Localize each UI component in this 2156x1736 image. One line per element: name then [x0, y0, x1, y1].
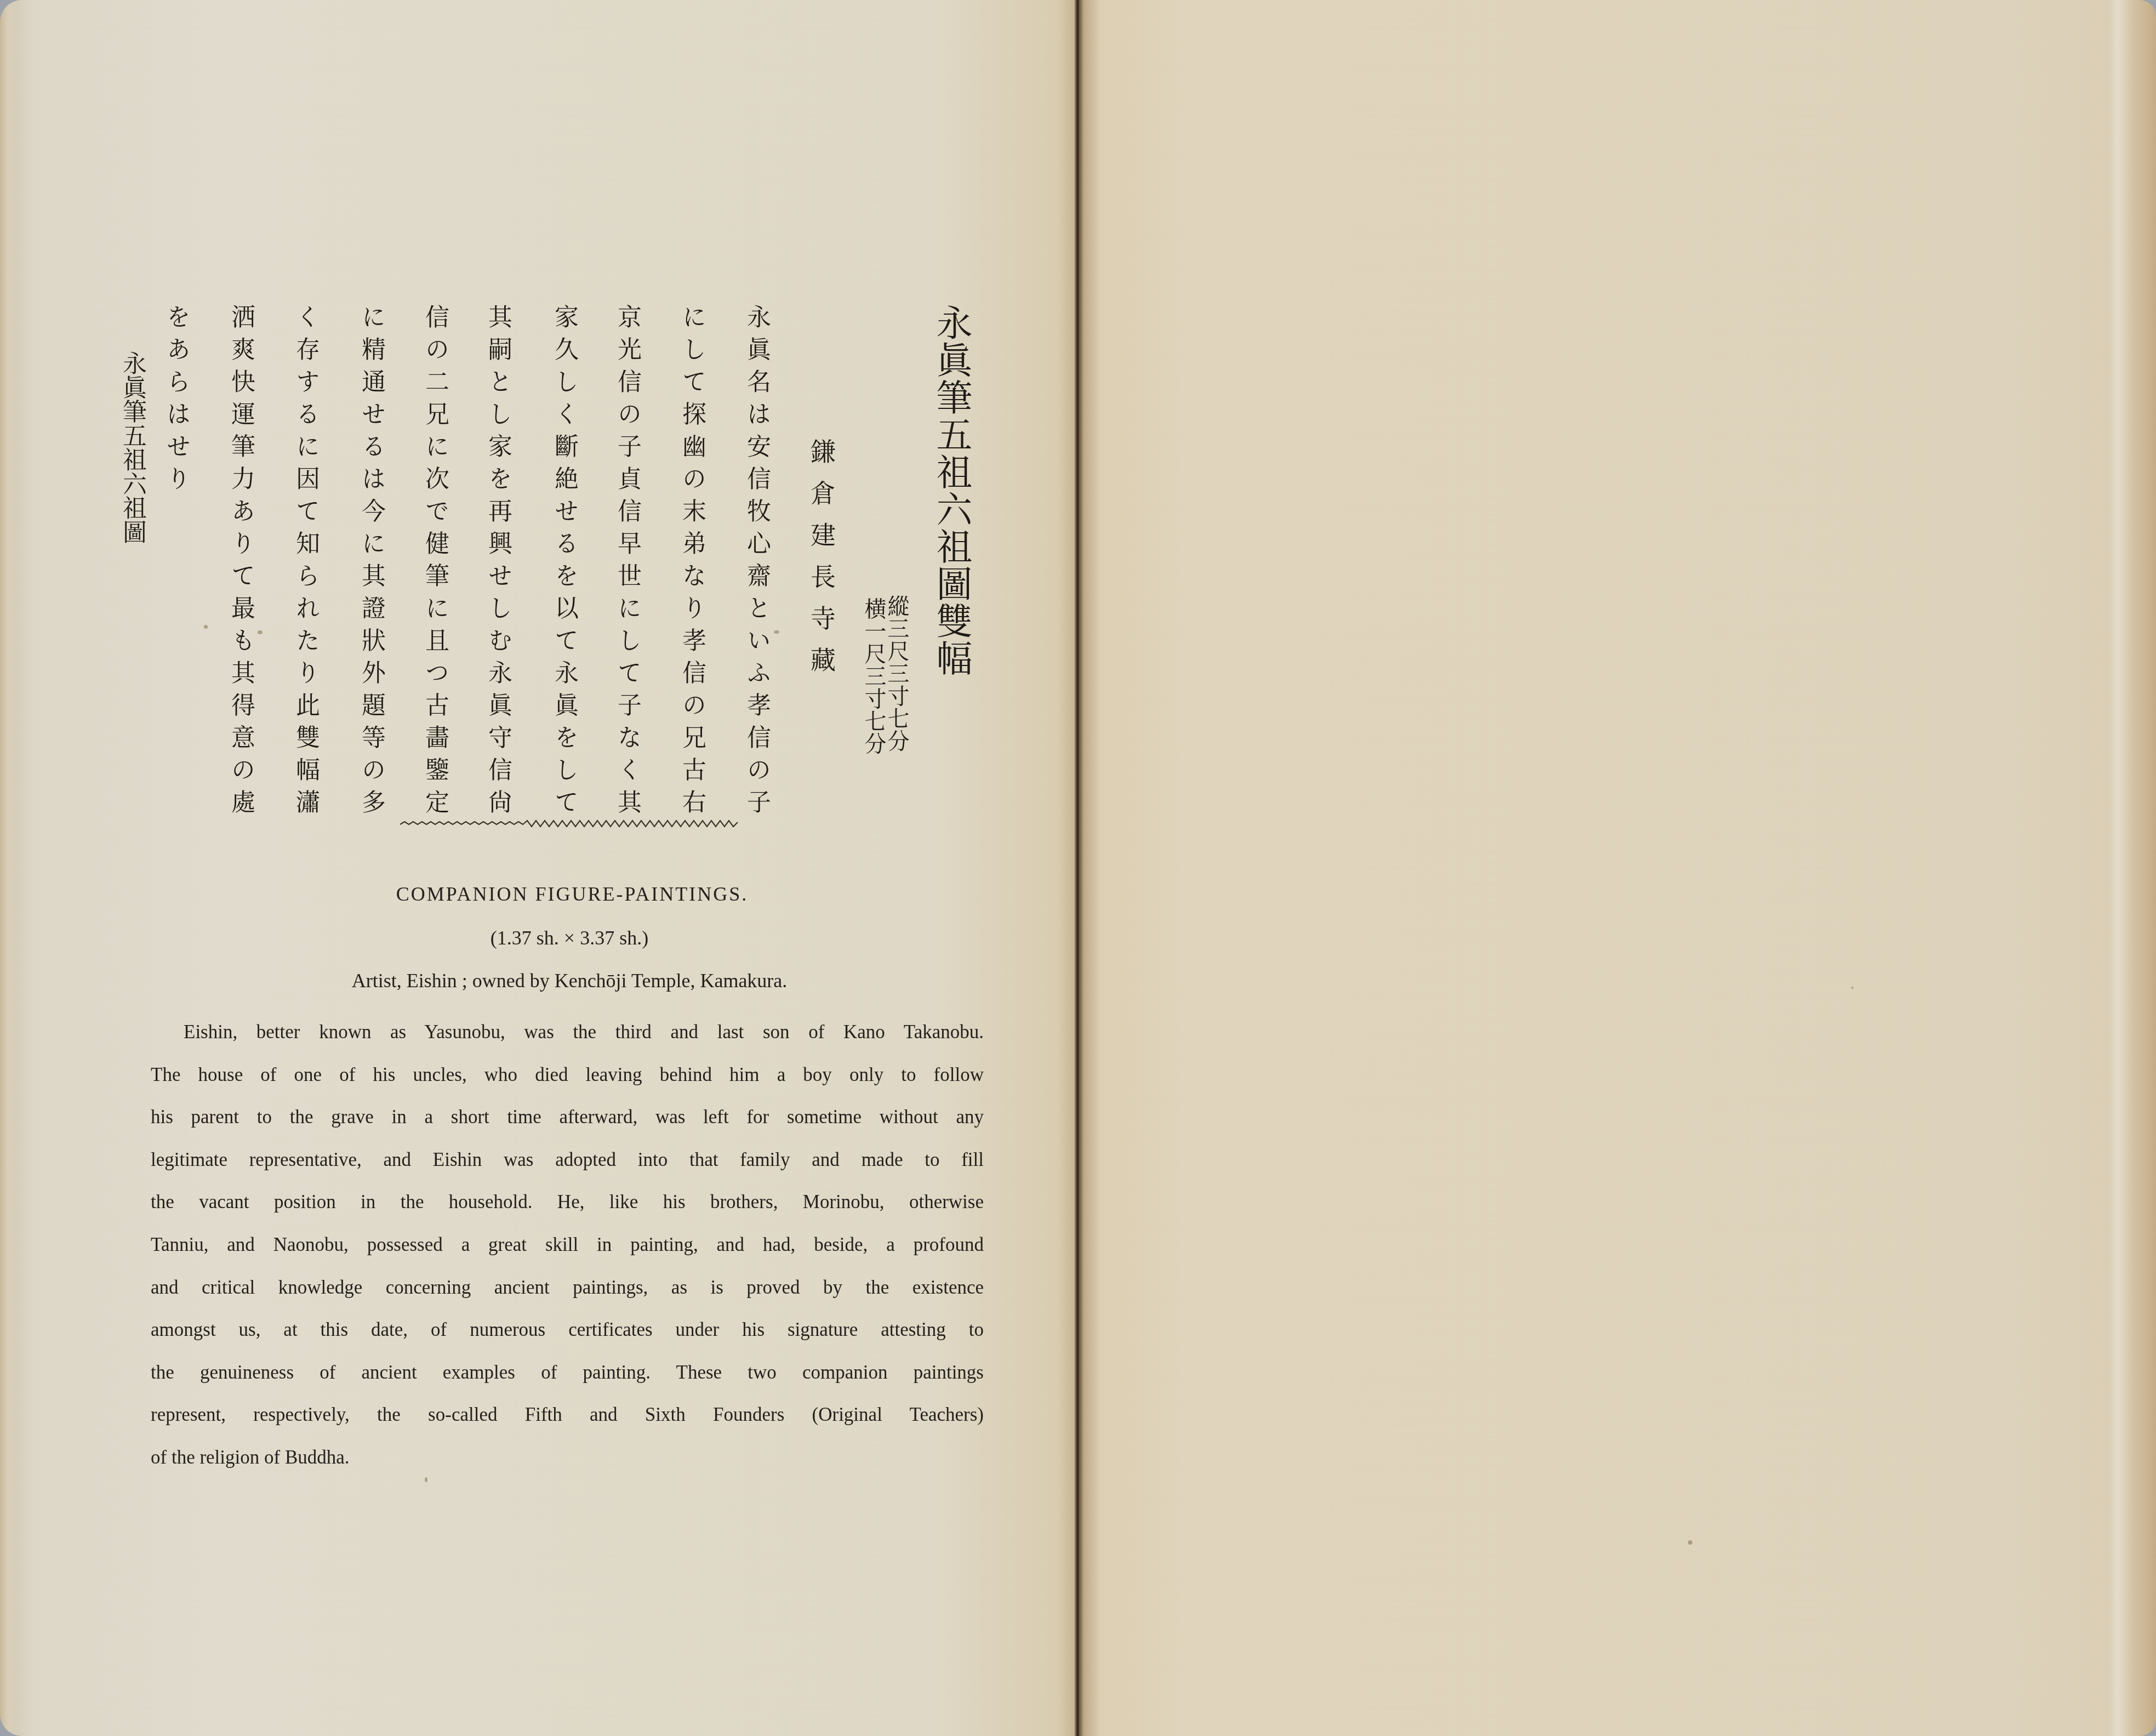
body-line: represent, respectively, the so-called F… — [151, 1401, 984, 1444]
japanese-body-column: 京光信の子貞信早世にして子なく其 — [614, 304, 640, 822]
english-title: COMPANION FIGURE-PAINTINGS. — [0, 883, 1079, 906]
body-line: amongst us, at this date, of numerous ce… — [151, 1316, 984, 1359]
paper-speck — [204, 625, 208, 629]
paper-speck — [1851, 987, 1853, 989]
japanese-body-column: 信の二兄に次で健筆に且つ古畵鑒定 — [421, 304, 448, 822]
body-line: his parent to the grave in a short time … — [151, 1103, 984, 1146]
japanese-body-column: 其嗣とし家を再興せしむ永眞守信尙 — [484, 304, 511, 822]
right-page — [1079, 0, 2156, 1736]
paper-speck — [774, 630, 779, 634]
japanese-caption: 永眞筆五祖六祖圖 — [119, 351, 145, 544]
body-line: legitimate representative, and Eishin wa… — [151, 1146, 984, 1189]
dimension-horizontal: 横一尺三寸七分 — [862, 597, 886, 755]
japanese-body-column: 家久しく斷絶せるを以て永眞をして — [551, 304, 577, 822]
owner-line: 鎌倉建長寺藏 — [808, 439, 835, 688]
japanese-body-column: 永眞名は安信牧心齋といふ孝信の子 — [743, 304, 769, 822]
japanese-body-column: にして探幽の末弟なり孝信の兄古右 — [678, 304, 705, 822]
paper-speck — [258, 630, 263, 634]
wavy-divider — [400, 817, 740, 830]
body-line: Tanniu, and Naonobu, possessed a great s… — [151, 1231, 984, 1274]
japanese-body-column: をあらはせり — [163, 304, 189, 498]
paper-speck — [1688, 1540, 1692, 1545]
left-page: 永眞筆五祖六祖圖雙幅 縱三尺三寸七分 横一尺三寸七分 鎌倉建長寺藏 永眞名は安信… — [0, 0, 1079, 1736]
book-spread: 永眞筆五祖六祖圖雙幅 縱三尺三寸七分 横一尺三寸七分 鎌倉建長寺藏 永眞名は安信… — [0, 0, 2156, 1736]
body-line: the genuineness of ancient examples of p… — [151, 1359, 984, 1402]
body-line: and critical knowledge concerning ancien… — [151, 1274, 984, 1317]
japanese-body-column: に精通せるは今に其證狀外題等の多 — [358, 304, 384, 822]
japanese-title: 永眞筆五祖六祖圖雙幅 — [932, 304, 970, 677]
body-line: the vacant position in the household. He… — [151, 1188, 984, 1231]
english-artist-line: Artist, Eishin ; owned by Kenchōji Templ… — [0, 969, 1079, 992]
body-line: Eishin, better known as Yasunobu, was th… — [151, 1018, 984, 1061]
body-line: The house of one of his uncles, who died… — [151, 1061, 984, 1104]
english-body-paragraph: Eishin, better known as Yasunobu, was th… — [151, 1018, 984, 1487]
english-dimensions: (1.37 sh. × 3.37 sh.) — [0, 926, 1079, 949]
japanese-body-column: 洒爽快運筆力ありて最も其得意の處 — [227, 304, 254, 822]
japanese-body-column: く存するに因て知られたり此雙幅瀟 — [292, 304, 318, 822]
paper-speck — [425, 1477, 427, 1482]
dimension-vertical: 縱三尺三寸七分 — [885, 595, 909, 752]
body-line: of the religion of Buddha. — [151, 1444, 984, 1487]
